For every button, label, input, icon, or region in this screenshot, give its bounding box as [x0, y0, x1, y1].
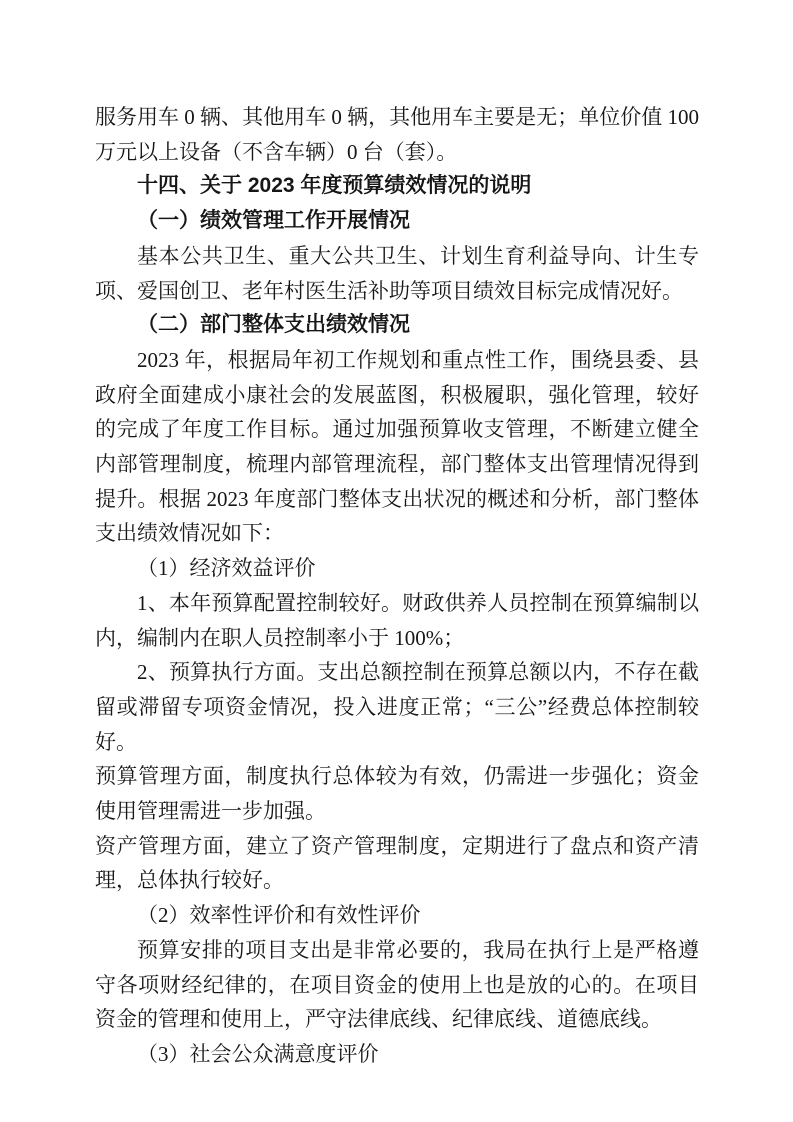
subsection-2-heading: （二）部门整体支出绩效情况: [95, 308, 699, 343]
budget-management-note: 预算管理方面，制度执行总体较为有效，仍需进一步强化；资金使用管理需进一步加强。: [95, 759, 699, 828]
section-14-heading: 十四、关于 2023 年度预算绩效情况的说明: [95, 169, 699, 204]
subsection-2-body: 2023 年，根据局年初工作规划和重点性工作，围绕县委、县政府全面建成小康社会的…: [95, 343, 699, 551]
document-body: 服务用车 0 辆、其他用车 0 辆，其他用车主要是无；单位价值 100 万元以上…: [95, 100, 699, 1072]
item-3-heading: （3）社会公众满意度评价: [95, 1037, 699, 1072]
document-page: 服务用车 0 辆、其他用车 0 辆，其他用车主要是无；单位价值 100 万元以上…: [0, 0, 793, 1122]
asset-management-note: 资产管理方面，建立了资产管理制度，定期进行了盘点和资产清理，总体执行较好。: [95, 829, 699, 898]
subsection-1-body: 基本公共卫生、重大公共卫生、计划生育利益导向、计生专项、爱国创卫、老年村医生活补…: [95, 239, 699, 308]
item-1-point-1: 1、本年预算配置控制较好。财政供养人员控制在预算编制以内，编制内在职人员控制率小…: [95, 586, 699, 655]
item-1-heading: （1）经济效益评价: [95, 551, 699, 586]
item-2-body: 预算安排的项目支出是非常必要的，我局在执行上是严格遵守各项财经纪律的，在项目资金…: [95, 933, 699, 1037]
item-1-point-2: 2、预算执行方面。支出总额控制在预算总额以内，不存在截留或滞留专项资金情况，投入…: [95, 655, 699, 759]
subsection-1-heading: （一）绩效管理工作开展情况: [95, 204, 699, 239]
item-2-heading: （2）效率性评价和有效性评价: [95, 898, 699, 933]
paragraph-carryover: 服务用车 0 辆、其他用车 0 辆，其他用车主要是无；单位价值 100 万元以上…: [95, 100, 699, 169]
